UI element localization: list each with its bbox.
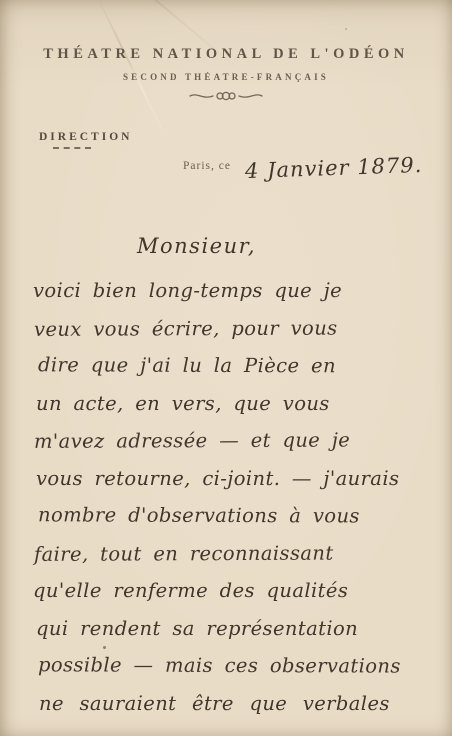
handwriting-line: qu'elle renferme des qualités [33, 572, 433, 610]
paper-speck [345, 28, 347, 30]
dateline-printed-prefix: Paris, ce [183, 160, 231, 172]
salutation: Monsieur, [137, 234, 433, 258]
handwriting-line: ne sauraient être que verbales [39, 685, 433, 723]
letterhead-subtitle: SECOND THÉATRE-FRANÇAIS [0, 72, 452, 82]
handwriting-line: un acte, en vers, que vous [36, 385, 433, 423]
direction-underline [53, 147, 91, 149]
handwriting-line: faire, tout en reconnaissant [34, 534, 433, 573]
handwriting-line: vous retourne, ci-joint. — j'aurais [36, 460, 433, 498]
handwriting-line: voici bien long-temps que je [33, 272, 433, 310]
handwriting-line: possible — mais ces observations [38, 646, 433, 685]
handwriting-line: veux vous écrire, pour vous [34, 309, 433, 348]
direction-label: DIRECTION [39, 131, 132, 143]
letter-body: Monsieur, voici bien long-temps que je v… [33, 234, 433, 722]
letterhead-title: THÉATRE NATIONAL DE L'ODÉON [0, 46, 452, 63]
flourish-divider-icon [0, 89, 452, 108]
direction-block: DIRECTION [39, 131, 132, 149]
dateline: Paris, ce 4 Janvier 1879. [183, 156, 422, 180]
handwriting-line: dire que j'ai lu la Pièce en [38, 346, 433, 385]
handwriting-line: qui rendent sa représentation [36, 610, 433, 648]
letter-page: THÉATRE NATIONAL DE L'ODÉON SECOND THÉAT… [0, 0, 452, 736]
dateline-handwritten-date: 4 Janvier 1879. [245, 153, 423, 183]
letterhead: THÉATRE NATIONAL DE L'ODÉON SECOND THÉAT… [0, 46, 452, 108]
handwriting-line: m'avez adressée — et que je [34, 421, 433, 460]
handwriting-line: nombre d'observations à vous [38, 496, 433, 535]
